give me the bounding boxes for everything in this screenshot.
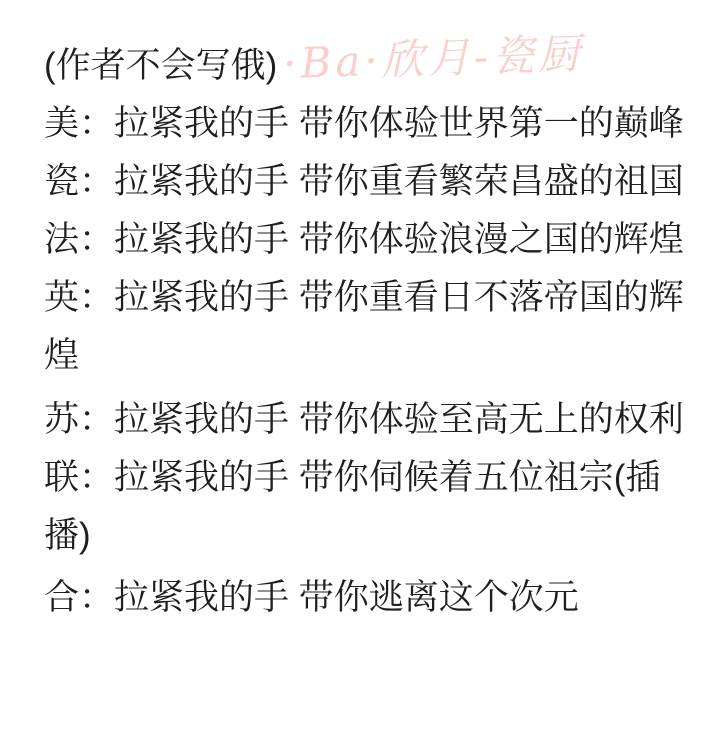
lyric-line-he: 合：拉紧我的手 带你逃离这个次元 [44,569,694,627]
lyric-line-fa: 法：拉紧我的手 带你体验浪漫之国的辉煌 [44,211,694,269]
lyric-line-mei: 美：拉紧我的手 带你体验世界第一的巅峰 [44,95,694,153]
author-note-line: (作者不会写俄) [44,37,694,95]
lyric-line-ying-wrap: 煌 [44,327,694,385]
lyric-line-lian: 联：拉紧我的手 带你伺候着五位祖宗(插 [44,449,694,507]
lyric-line-ci: 瓷：拉紧我的手 带你重看繁荣昌盛的祖国 [44,153,694,211]
lyrics-text-block: (作者不会写俄) 美：拉紧我的手 带你体验世界第一的巅峰 瓷：拉紧我的手 带你重… [44,37,694,627]
lyric-line-lian-wrap: 播) [44,507,694,565]
lyric-line-su: 苏：拉紧我的手 带你体验至高无上的权利 [44,391,694,449]
lyrics-page: ·Ba·欣月-瓷厨 (作者不会写俄) 美：拉紧我的手 带你体验世界第一的巅峰 瓷… [0,0,720,750]
lyric-line-ying: 英：拉紧我的手 带你重看日不落帝国的辉 [44,269,694,327]
